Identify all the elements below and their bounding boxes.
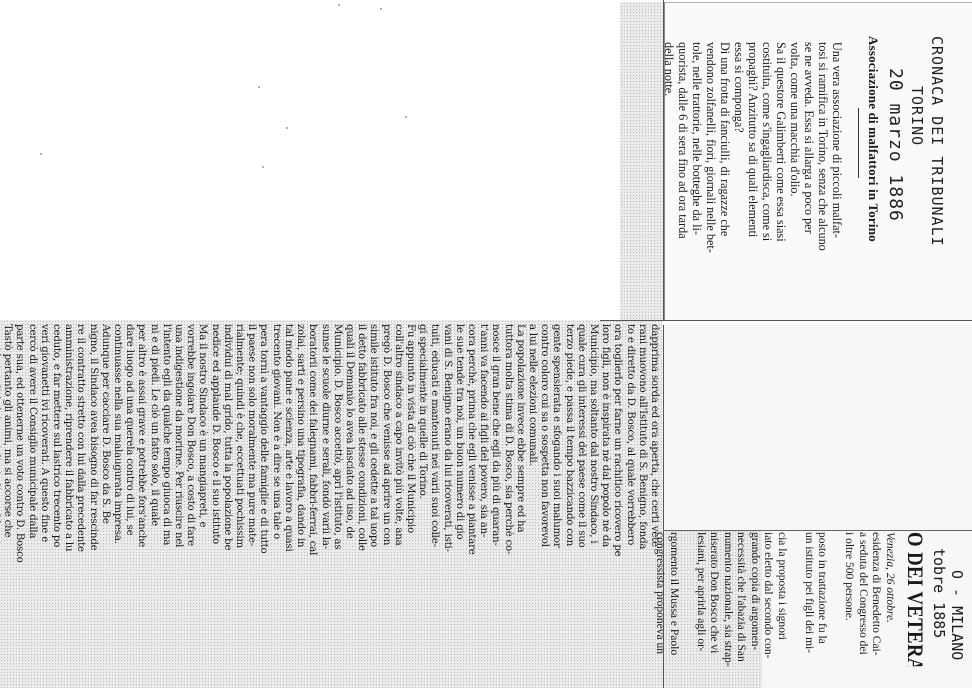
text-line: pera tornì a vantaggio delle famiglie e … [257, 324, 269, 688]
text-line: Tastò pertanto gli animi, ma si accorse … [1, 324, 13, 688]
top-article: CRONACA DEI TRIBUNALI TORINO 20 marzo 18… [662, 8, 970, 318]
text-line: esidenza di Benedetto Cai- [869, 532, 883, 688]
text-line: a lui nelle elezioni comunali. [526, 324, 538, 688]
text-line: quasi la totalità dei consiglieri gli sa… [0, 324, 1, 688]
article-place: TORINO [908, 8, 926, 318]
text-line [788, 532, 802, 688]
text-line: il detto fabbricato alle stesse condizio… [355, 324, 367, 688]
section-heading: CRONACA DEI TRIBUNALI [928, 8, 946, 318]
scan-speck [40, 153, 42, 155]
text-line: il paese non solo moralmente ma pure mat… [245, 324, 257, 688]
text-line: nosce il gran bene che egli da più di qu… [489, 324, 501, 688]
title-divider [850, 108, 859, 178]
text-line: quali il Demanio lo avea lasciato ad uso… [343, 324, 355, 688]
text-line: ceduto, e far mettere sul lastrico trece… [50, 324, 62, 688]
text-line: loro figli, non è inspirata nè dal popol… [599, 324, 611, 688]
main-article: dapprima sorda ed ora aperta, che certi … [0, 322, 660, 688]
article-date: 20 marzo 1886 [885, 8, 906, 318]
text-line: Ma il nostro Sindaco è un mangiapreti, e [196, 324, 208, 688]
text-line: rani muovono all'Istituto di S. Benigno,… [636, 324, 648, 688]
text-line: volta, come una macchia d'olio. [788, 42, 802, 318]
scan-speck [380, 8, 382, 10]
article-body: dapprima sorda ed ora aperta, che certi … [0, 322, 660, 688]
text-line: congressista proponeva un [653, 532, 667, 688]
text-line: propaghi? Anzitutto sa di quali elementi [746, 42, 760, 318]
text-line: numento nazionale, sia strap- [721, 532, 735, 688]
text-line: rialmente; quindi è che, eccettuati poch… [233, 324, 245, 688]
text-line: se ne avveda. Essa si allarga a poco per [802, 42, 816, 318]
text-line: iato eletto dal secondo con- [761, 532, 775, 688]
text-line: tuttora molta stima di D. Bosco, sia per… [501, 324, 513, 688]
text-line: terzo piede, e passa il tempo bazzicando… [562, 324, 574, 688]
text-line: niserato Don Bosco che vi [707, 532, 721, 688]
text-line: gente spensierata e sfogando i suoi malu… [550, 324, 562, 688]
text-line: della notte. [662, 42, 676, 318]
text-line: tuiti, educati e mantenuti nei varii suo… [428, 324, 440, 688]
scan-speck [258, 86, 260, 88]
clipping-border [663, 530, 972, 531]
text-line: vendono zolfanelli, fiori, giornali nell… [704, 42, 718, 318]
text-line: re il contratto stretto con lui dalla pr… [74, 324, 86, 688]
text-line: una indigestione da morirne. Per riuscir… [172, 324, 184, 688]
text-line: Venezia, 26 ottobre. [883, 532, 897, 688]
text-line: individui di mal grido, tutta la popolaz… [221, 324, 233, 688]
text-line: vani di S. Benigno erano da lui ricovera… [440, 324, 452, 688]
text-line: rgomento il Mussa e Paolo [667, 532, 681, 688]
text-line: to e diretto da D. Bosco, al quale vorre… [623, 324, 635, 688]
top-clipping-edge [620, 2, 665, 320]
text-line: cercò di avere il Consiglio municipale d… [25, 324, 37, 688]
text-line: tal modo pane e scienza, arte e lavoro a… [282, 324, 294, 688]
text-line: veri giovanetti ivi ricoverati. A questo… [38, 324, 50, 688]
text-line: sunse le scuole diurne e serali, fondò v… [318, 324, 330, 688]
text-line: pregò D. Bosco che venisse ad aprire un … [379, 324, 391, 688]
text-line: cora perchè, prima che egli venisse a pi… [465, 324, 477, 688]
article-body: Una vera associazione di piccoli malfat-… [662, 8, 844, 318]
scan-speck [286, 127, 288, 129]
text-line: Municipio, ma soltanto dal nostro Sindac… [587, 324, 599, 688]
text-line: amministrazione, riprendere il fabbricat… [62, 324, 74, 688]
text-line: ni e di piedi. Le ciò un fatto solo, il … [147, 324, 159, 688]
text-line: ora toglierlo per farne un rachitico ric… [611, 324, 623, 688]
text-line: cia la proposta i signori [775, 532, 789, 688]
text-line: l'intento egli da qualche tempo giuoca d… [160, 324, 172, 688]
text-line: costituita, come s'ingagliardisca, come … [760, 42, 774, 318]
text-line: dare luogo ad una querela contro di lui,… [123, 324, 135, 688]
text-line: Fu appunto in vista di ciò che il Munici… [404, 324, 416, 688]
text-line: grando copia di argomen- [748, 532, 762, 688]
scan-speck [262, 166, 264, 168]
text-line: a seduta del Congresso dei [856, 532, 870, 688]
article-title: Associazione di malfattori in Torino [865, 8, 881, 318]
text-line: t'anni va facendo ai figli del povero, s… [477, 324, 489, 688]
text-line: zolai, sarti e persino una tipografia, d… [294, 324, 306, 688]
text-line: quorista, dalle 6 di sera fino ad ora ta… [676, 42, 690, 318]
text-line: contro coloro cui sa o sospetta non favo… [538, 324, 550, 688]
clipping-border [600, 320, 972, 321]
scan-speck [338, 4, 340, 6]
text-line: per altro è assai grave e potrebbe fors'… [135, 324, 147, 688]
text-line: La popolazione invece ebbe sempre ed ha [514, 324, 526, 688]
article-header-date: tobre 1885 [930, 532, 948, 688]
text-line: quale cura gli interessi del paese come … [575, 324, 587, 688]
text-line: coll'altro sindaco a capo invitò più vol… [392, 324, 404, 688]
text-line: boratorii come dei falegnami, fabbri-fer… [306, 324, 318, 688]
article-body: Venezia, 26 ottobre.esidenza di Benedett… [653, 532, 896, 688]
text-line: necessità che l'abazia di San [734, 532, 748, 688]
text-line: tole, nelle trattorie, nelle botteghe da… [690, 42, 704, 318]
article-header-city: O - MILANO [948, 532, 966, 688]
text-line: Adunque per cacciare D. Bosco da S. Be [99, 324, 111, 688]
text-line: vorrebbe ingoiare Don Bosco, a costo di … [184, 324, 196, 688]
bottom-article: O - MILANO tobre 1885 O DEI VETERANI Ven… [653, 532, 972, 688]
text-line: Di una frotta di fanciulli, di ragazze c… [718, 42, 732, 318]
text-line: nigno, il Sindaco avea bisogno di far re… [86, 324, 98, 688]
text-line: continuasse nella sua malaugurata impres… [111, 324, 123, 688]
scan-speck [405, 116, 407, 118]
text-line: posto in trattazione fu la [815, 532, 829, 688]
text-line: Una vera associazione di piccoli malfat- [830, 42, 844, 318]
text-line: nedice ed applaude D. Bosco e il suo ist… [208, 324, 220, 688]
text-line: Municipio. D. Bosco accettò, aprì l'isti… [331, 324, 343, 688]
article-title: O DEI VETERANI [902, 532, 928, 666]
text-line: tosi si ramifica in Torino, senza che al… [816, 42, 830, 318]
text-line: Sa il questore Galimberti come essa sias… [774, 42, 788, 318]
text-line [829, 532, 843, 688]
text-line: lesiani, per aprirla agli or- [694, 532, 708, 688]
text-line: simile istituto fra noi, e gli cedette a… [367, 324, 379, 688]
text-line: un istituto pei figli dei mi- [802, 532, 816, 688]
text-line: gi specialmente in quelle di Torino. [416, 324, 428, 688]
text-line: trecento giovani. Non è a dire se una ta… [270, 324, 282, 688]
text-line: le sue tende tra noi, un buon numero di … [453, 324, 465, 688]
text-line: essa si componga? [732, 42, 746, 318]
text-line: i oltre 500 persone. [842, 532, 856, 688]
text-line [680, 532, 694, 688]
text-line: parte sua, ed ottenerne un voto contro D… [13, 324, 25, 688]
